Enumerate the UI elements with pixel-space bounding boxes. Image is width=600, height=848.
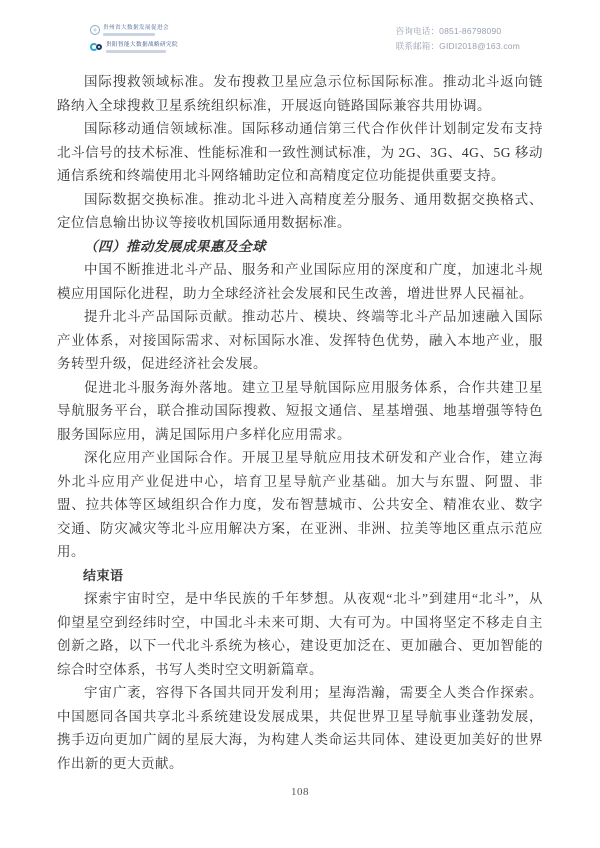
- institute-name: 贵阳智能大数据战略研究院: [106, 41, 178, 47]
- paragraph-international-progress: 中国不断推进北斗产品、服务和产业国际应用的深度和广度，加速北斗规模应用国际化进程…: [57, 258, 543, 305]
- paragraph-conclusion-cooperation: 宇宙广袤，容得下各国共同开发利用；星海浩瀚，需要全人类合作探索。中国愿同各国共享…: [57, 681, 543, 775]
- paragraph-data-exchange-standard: 国际数据交换标准。推动北斗进入高精度差分服务、通用数据交换格式、定位信息输出协议…: [57, 188, 543, 235]
- section-heading-global-benefit: （四）推动发展成果惠及全球: [57, 235, 543, 259]
- contact-email: 联系邮箱：GIDI2018@163.com: [396, 39, 520, 54]
- institute-go-icon: [90, 42, 103, 53]
- section-heading-conclusion: 结束语: [57, 564, 543, 588]
- association-subline: [103, 33, 155, 36]
- paragraph-conclusion-dream: 探索宇宙时空，是中华民族的千年梦想。从夜观“北斗”到建用“北斗”，从仰望星空到经…: [57, 587, 543, 681]
- institute-logo: 贵阳智能大数据战略研究院: [90, 41, 196, 54]
- page-footer: 108: [0, 786, 600, 798]
- institute-logo-text: 贵阳智能大数据战略研究院: [106, 41, 196, 53]
- page-header: 贵州省大数据发展促进会 贵阳智能大数据战略研究院 咨询电话：0851-86798…: [90, 24, 520, 54]
- paragraph-industry-cooperation: 深化应用产业国际合作。开展卫星导航应用技术研发和产业合作，建立海外北斗应用产业促…: [57, 446, 543, 564]
- paragraph-search-rescue-standard: 国际搜救领域标准。发布搜救卫星应急示位标国际标准。推动北斗返向链路纳入全球搜救卫…: [57, 70, 543, 117]
- document-page: 贵州省大数据发展促进会 贵阳智能大数据战略研究院 咨询电话：0851-86798…: [0, 0, 600, 848]
- paragraph-overseas-services: 促进北斗服务海外落地。建立卫星导航国际应用服务体系，合作共建卫星导航服务平台，联…: [57, 376, 543, 447]
- association-logo: 贵州省大数据发展促进会: [90, 24, 196, 37]
- go-o-shape: [96, 44, 102, 50]
- paragraph-mobile-comm-standard: 国际移动通信领域标准。国际移动通信第三代合作伙伴计划制定发布支持北斗信号的技术标…: [57, 117, 543, 188]
- association-logo-text: 贵州省大数据发展促进会: [103, 24, 186, 36]
- institute-subline: [106, 50, 166, 53]
- paragraph-product-contribution: 提升北斗产品国际贡献。推动芯片、模块、终端等北斗产品加速融入国际产业体系，对接国…: [57, 305, 543, 376]
- contact-phone: 咨询电话：0851-86798090: [396, 24, 520, 39]
- contact-info: 咨询电话：0851-86798090 联系邮箱：GIDI2018@163.com: [396, 24, 520, 54]
- document-body: 国际搜救领域标准。发布搜救卫星应急示位标国际标准。推动北斗返向链路纳入全球搜救卫…: [57, 70, 543, 775]
- association-name: 贵州省大数据发展促进会: [103, 24, 169, 30]
- logo-block: 贵州省大数据发展促进会 贵阳智能大数据战略研究院: [90, 24, 196, 54]
- page-number: 108: [291, 786, 309, 798]
- association-emblem-icon: [90, 25, 100, 35]
